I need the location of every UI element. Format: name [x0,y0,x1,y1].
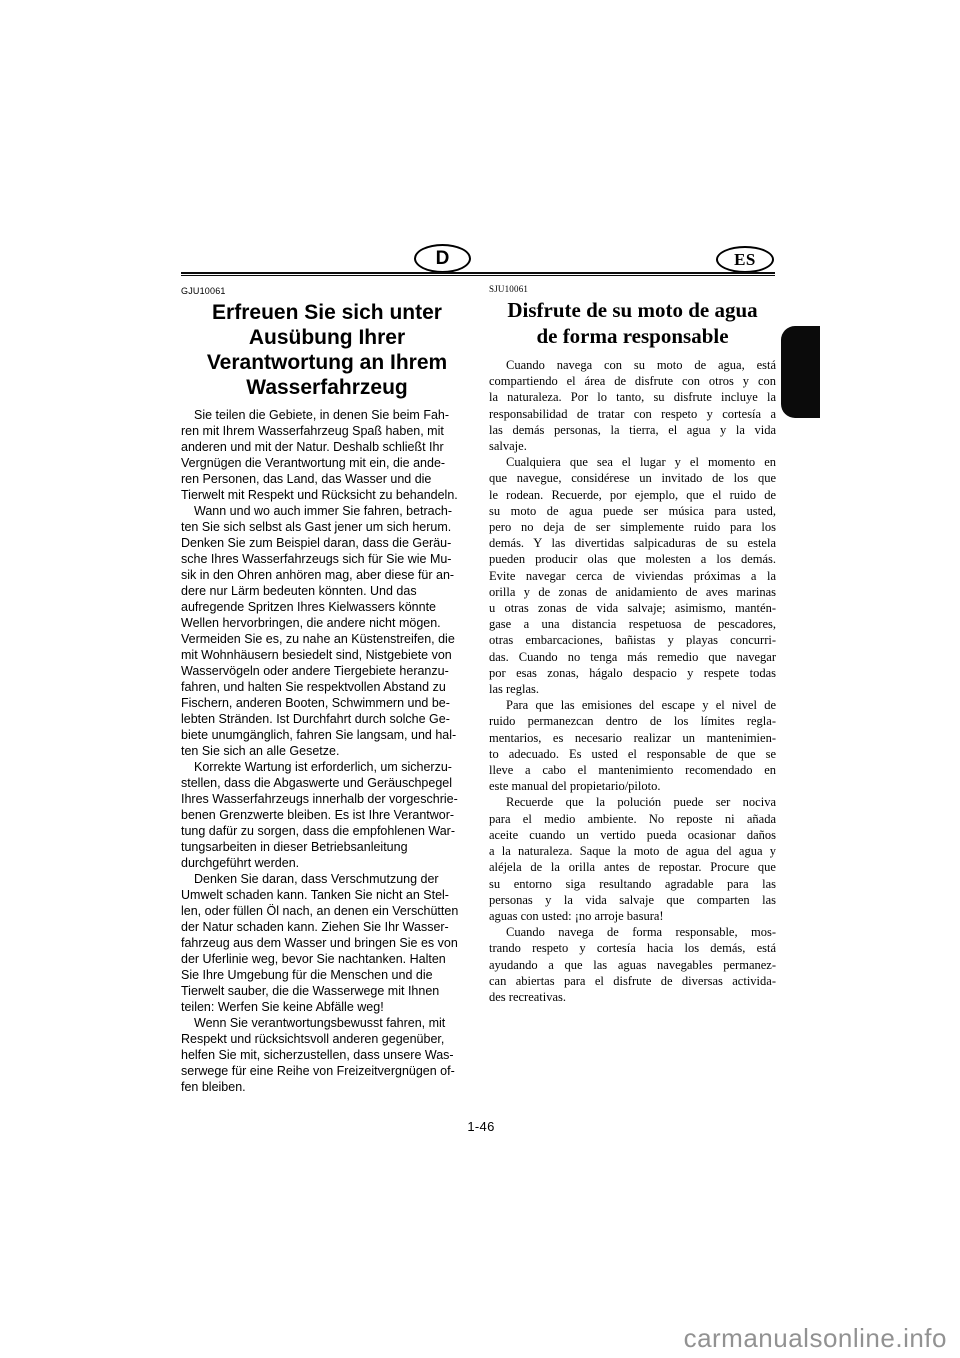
text-line: Vermeiden Sie es, zu nahe an Küstenstrei… [181,631,473,647]
paragraph: Wenn Sie verantwortungsbewusst fahren, m… [181,1015,473,1095]
language-badge-spanish: ES [716,246,774,273]
text-line: Evite navegar cerca de viviendas próxima… [489,568,776,584]
text-line: otras embarcaciones, bañistas y playas c… [489,632,776,648]
text-line: tung dafür zu sorgen, dass die empfohlen… [181,823,473,839]
text-line: Wasservögeln oder andere Tiergebiete her… [181,663,473,679]
text-line: Respekt und rücksichtsvoll anderen gegen… [181,1031,473,1047]
text-line: por esas zonas, hágalo despacio y respet… [489,665,776,681]
text-line: orilla y de zonas de anidamiento de aves… [489,584,776,600]
text-line: aufregende Spritzen Ihres Kielwassers kö… [181,599,473,615]
text-line: ren mit Ihrem Wasserfahrzeug Spaß haben,… [181,423,473,439]
text-line: biete unumgänglich, fahren Sie langsam, … [181,727,473,743]
text-line: compartiendo el área de disfrute con otr… [489,373,776,389]
text-line: helfen Sie mit, sicherzustellen, dass un… [181,1047,473,1063]
title-line: Disfrute de su moto de agua [489,297,776,323]
text-line: aceite cuando un vertido pueda ocasionar… [489,827,776,843]
text-line: to adecuado. Es usted el responsable de … [489,746,776,762]
text-line: pero no deja de ser simplemente ruido pa… [489,519,776,535]
spanish-section-title: Disfrute de su moto de aguade forma resp… [489,297,776,349]
text-line: Tierwelt sauber, die die Wasserwege mit … [181,983,473,999]
text-line: Wellen hervorbringen, die andere nicht m… [181,615,473,631]
spanish-body-text: Cuando navega con su moto de agua, estác… [489,357,776,1005]
text-line: sik in den Ohren anhören mag, aber diese… [181,567,473,583]
language-badge-german: D [414,244,471,273]
text-line: stellen, dass die Abgaswerte und Geräusc… [181,775,473,791]
text-line: len, oder füllen Öl nach, an denen ein V… [181,903,473,919]
german-column: GJU10061 Erfreuen Sie sich unterAusübung… [181,286,473,1095]
text-line: mit Wohnhäusern besiedelt sind, Nistgebi… [181,647,473,663]
text-line: gase a una distancia respetuosa de pesca… [489,616,776,632]
text-line: fahrzeug aus dem Wasser und bringen Sie … [181,935,473,951]
text-line: Cuando navega de forma responsable, mos- [489,924,776,940]
text-line: este manual del propietario/piloto. [489,778,776,794]
text-line: der Uferlinie weg, bevor Sie nachtanken.… [181,951,473,967]
paragraph: Denken Sie daran, dass Verschmutzung der… [181,871,473,1015]
paragraph: Sie teilen die Gebiete, in denen Sie bei… [181,407,473,503]
text-line: Wenn Sie verantwortungsbewusst fahren, m… [181,1015,473,1031]
text-line: responsabilidad de tratar con respeto y … [489,406,776,422]
paragraph: Cuando navega de forma responsable, mos-… [489,924,776,1005]
spanish-section-code: SJU10061 [489,284,776,295]
paragraph: Recuerde que la polución puede ser nociv… [489,794,776,924]
text-line: Tierwelt mit Respekt und Rücksicht zu be… [181,487,473,503]
text-line: serwege für eine Reihe von Freizeitvergn… [181,1063,473,1079]
title-line: Verantwortung an Ihrem [181,350,473,375]
text-line: durchgeführt werden. [181,855,473,871]
title-line: Erfreuen Sie sich unter [181,300,473,325]
text-line: can abiertas para el disfrute de diversa… [489,973,776,989]
text-line: Umwelt schaden kann. Tanken Sie nicht an… [181,887,473,903]
paragraph: Cualquiera que sea el lugar y el momento… [489,454,776,697]
paragraph: Cuando navega con su moto de agua, estác… [489,357,776,454]
text-line: mentarios, es necesario realizar un mant… [489,730,776,746]
page-number: 1-46 [381,1119,581,1134]
title-line: de forma responsable [489,323,776,349]
text-line: trando respeto y cortesía hacia los demá… [489,940,776,956]
text-line: las reglas. [489,681,776,697]
paragraph: Wann und wo auch immer Sie fahren, betra… [181,503,473,759]
watermark-text: carmanualsonline.info [684,1324,947,1352]
text-line: lebten Stränden. Ist Durchfahrt durch so… [181,711,473,727]
title-line: Ausübung Ihrer [181,325,473,350]
text-line: ten Sie sich selbst als Gast jener um si… [181,519,473,535]
text-line: su entorno siga resultando agradable par… [489,876,776,892]
german-body-text: Sie teilen die Gebiete, in denen Sie bei… [181,407,473,1095]
text-line: des recreativas. [489,989,776,1005]
text-line: Sie Ihre Umgebung für die Menschen und d… [181,967,473,983]
text-line: fahren, und halten Sie respektvollen Abs… [181,679,473,695]
text-line: Para que las emisiones del escape y el n… [489,697,776,713]
text-line: demás. Y las divertidas salpicaduras de … [489,535,776,551]
text-line: a la naturaleza. Saque la moto de agua d… [489,843,776,859]
text-line: Vergnügen die Verantwortung mit ein, die… [181,455,473,471]
paragraph: Para que las emisiones del escape y el n… [489,697,776,794]
text-line: Sie teilen die Gebiete, in denen Sie bei… [181,407,473,423]
text-line: ruido permanezcan dentro de los límites … [489,713,776,729]
text-line: dere nur Lärm bedeuten könnten. Und das [181,583,473,599]
text-line: anderen und mit der Natur. Deshalb schli… [181,439,473,455]
language-badge-german-label: D [436,248,450,270]
spanish-column: SJU10061 Disfrute de su moto de aguade f… [489,284,776,1005]
text-line: tungsarbeiten in dieser Betriebsanleitun… [181,839,473,855]
text-line: ren Personen, das Land, das Wasser und d… [181,471,473,487]
text-line: lleve a cabo el mantenimiento recomendad… [489,762,776,778]
paragraph: Korrekte Wartung ist erforderlich, um si… [181,759,473,871]
german-section-code: GJU10061 [181,286,473,297]
text-line: Wann und wo auch immer Sie fahren, betra… [181,503,473,519]
text-line: ten Sie sich an alle Gesetze. [181,743,473,759]
text-line: su moto de agua puede ser música para us… [489,503,776,519]
text-line: Fischern, anderen Booten, Schwimmern und… [181,695,473,711]
text-line: personas y la vida salvaje que comparten… [489,892,776,908]
text-line: teilen: Werfen Sie keine Abfälle weg! [181,999,473,1015]
text-line: Recuerde que la polución puede ser nociv… [489,794,776,810]
text-line: las demás personas, la tierra, el agua y… [489,422,776,438]
text-line: aléjela de la orilla antes de repostar. … [489,859,776,875]
title-line: Wasserfahrzeug [181,375,473,400]
manual-page: { "header": { "badge_d": "D", "badge_es"… [0,0,960,1358]
text-line: que navegue, considérese un invitado de … [489,470,776,486]
section-thumb-tab [781,326,820,418]
text-line: Korrekte Wartung ist erforderlich, um si… [181,759,473,775]
text-line: Cualquiera que sea el lugar y el momento… [489,454,776,470]
text-line: benen Grenzwerte bleiben. Es ist Ihre Ve… [181,807,473,823]
text-line: der Natur schaden kann. Ziehen Sie Ihr W… [181,919,473,935]
german-section-title: Erfreuen Sie sich unterAusübung IhrerVer… [181,300,473,400]
text-line: le rodean. Recuerde, por ejemplo, que el… [489,487,776,503]
text-line: pueden producir olas que molesten a los … [489,551,776,567]
text-line: Ihres Wasserfahrzeugs innerhalb der vorg… [181,791,473,807]
text-line: Cuando navega con su moto de agua, está [489,357,776,373]
text-line: la naturaleza. Por lo tanto, su disfrute… [489,389,776,405]
header-divider-rule [181,272,775,276]
text-line: aguas con usted: ¡no arroje basura! [489,908,776,924]
language-badge-spanish-label: ES [734,250,756,270]
text-line: das. Cuando no tenga más remedio que nav… [489,649,776,665]
text-line: Denken Sie daran, dass Verschmutzung der [181,871,473,887]
text-line: para el medio ambiente. No reposte ni añ… [489,811,776,827]
text-line: sche Ihres Wasserfahrzeugs sich für Sie … [181,551,473,567]
text-line: Denken Sie zum Beispiel daran, dass die … [181,535,473,551]
text-line: salvaje. [489,438,776,454]
text-line: fen bleiben. [181,1079,473,1095]
text-line: ayudando a que las aguas navegables perm… [489,957,776,973]
text-line: u otras zonas de vida salvaje; asimismo,… [489,600,776,616]
